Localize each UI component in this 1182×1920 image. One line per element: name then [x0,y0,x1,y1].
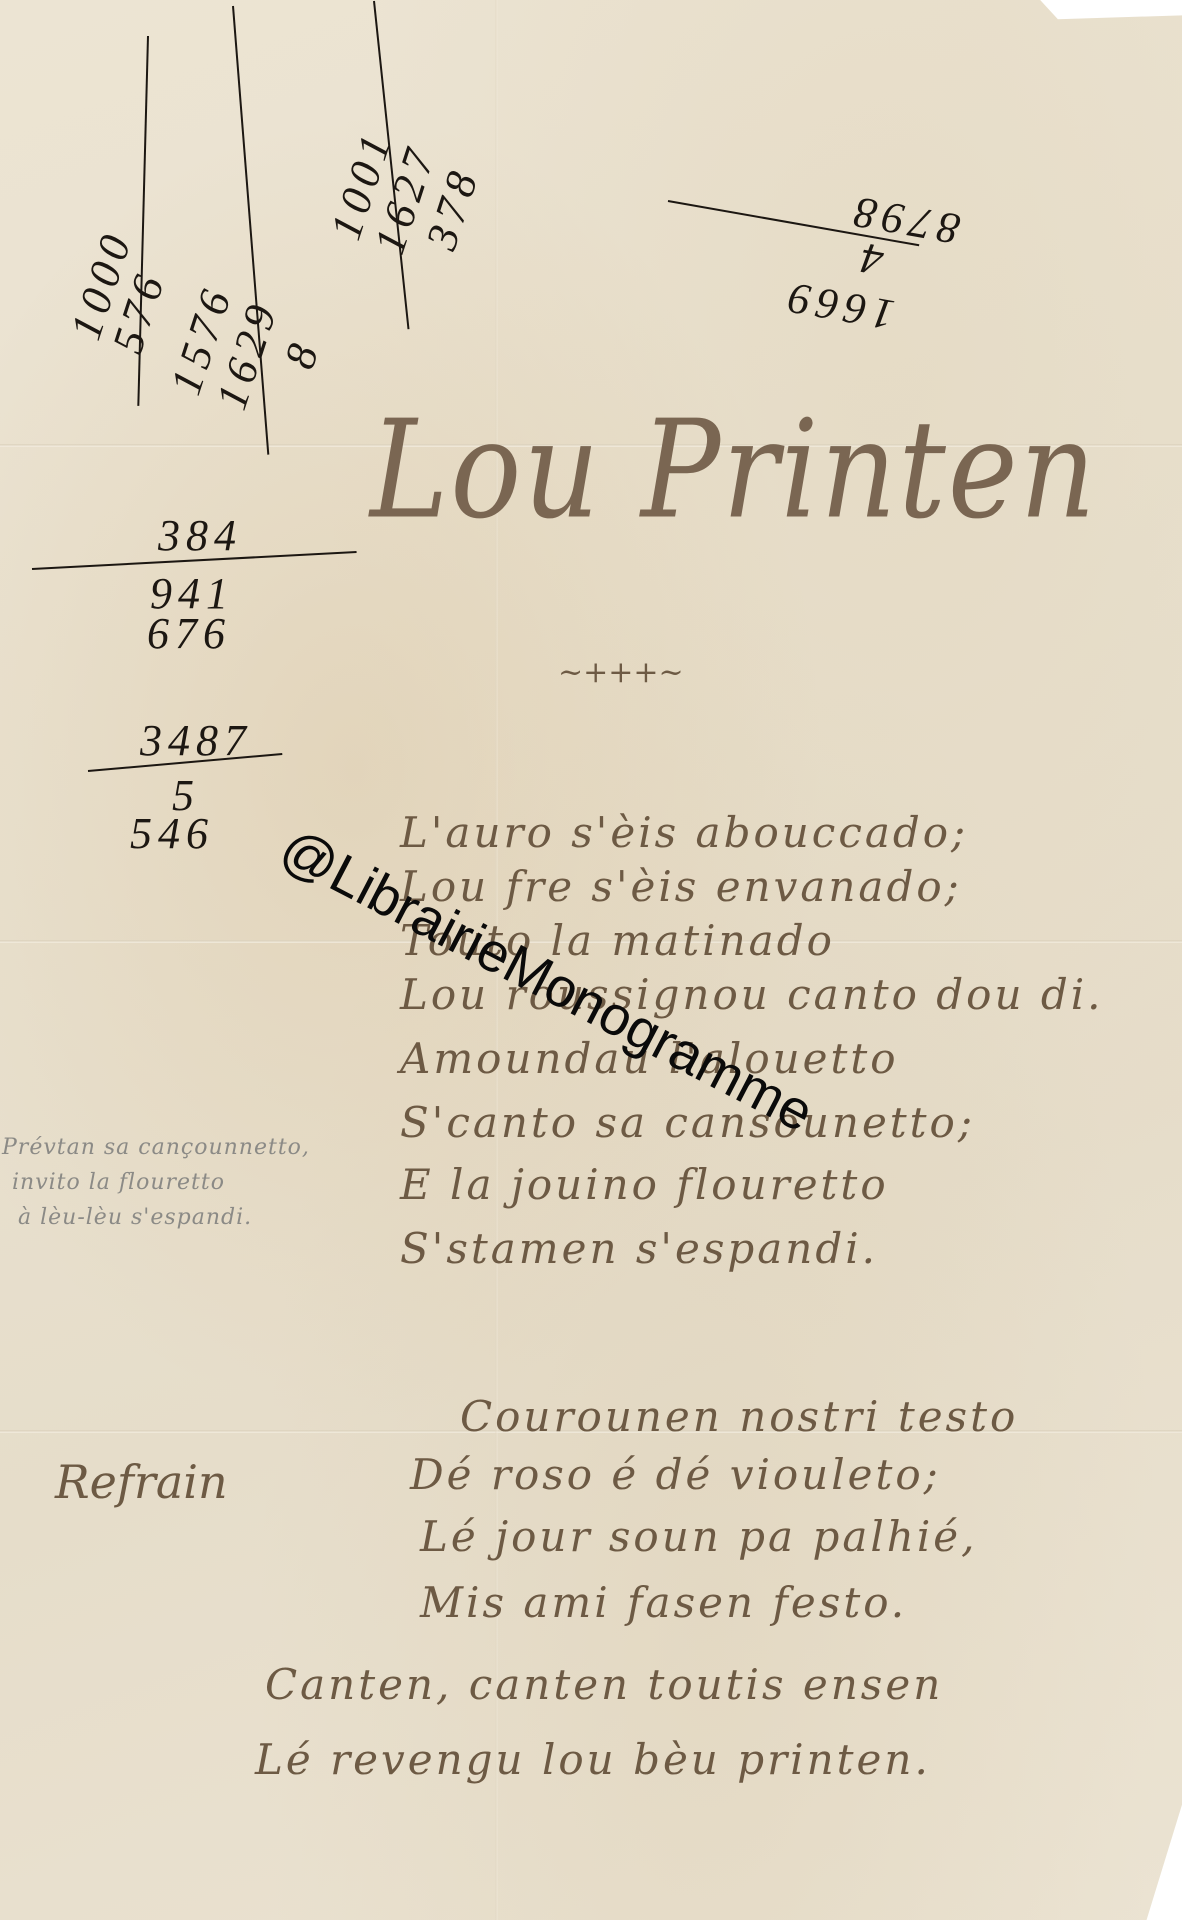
flourish-ornament: ~+++~ [558,655,684,690]
calc-line: 546 [130,808,214,859]
poem-line: Courounen nostri testo [460,1392,1018,1441]
poem-line: Lou fre s'èis envanado; [400,862,962,911]
side-note-line: à lèu-lèu s'espandi. [18,1205,252,1230]
poem-line: Canten, canten toutis ensen [265,1660,943,1709]
poem-line: L'auro s'èis abouccado; [400,808,968,857]
poem-line: Lé revengu lou bèu printen. [255,1735,931,1784]
poem-line: Lé jour soun pa palhié, [420,1512,978,1561]
poem-line: E la jouino flouretto [400,1160,889,1209]
side-note-line: Prévtan sa cançounnetto, [2,1135,310,1160]
poem-line: Dé roso é dé viouleto; [410,1450,941,1499]
poem-line: S'stamen s'espandi. [400,1224,878,1273]
calc-line: 676 [147,608,231,659]
calc-line: 384 [158,510,242,561]
manuscript-title: Lou Printen [370,390,1098,549]
side-note-line: invito la flouretto [12,1170,225,1195]
poem-line: Mis ami fasen festo. [420,1578,907,1627]
refrain-label: Refrain [55,1455,228,1509]
poem-line: S'canto sa cansounetto; [400,1098,975,1147]
